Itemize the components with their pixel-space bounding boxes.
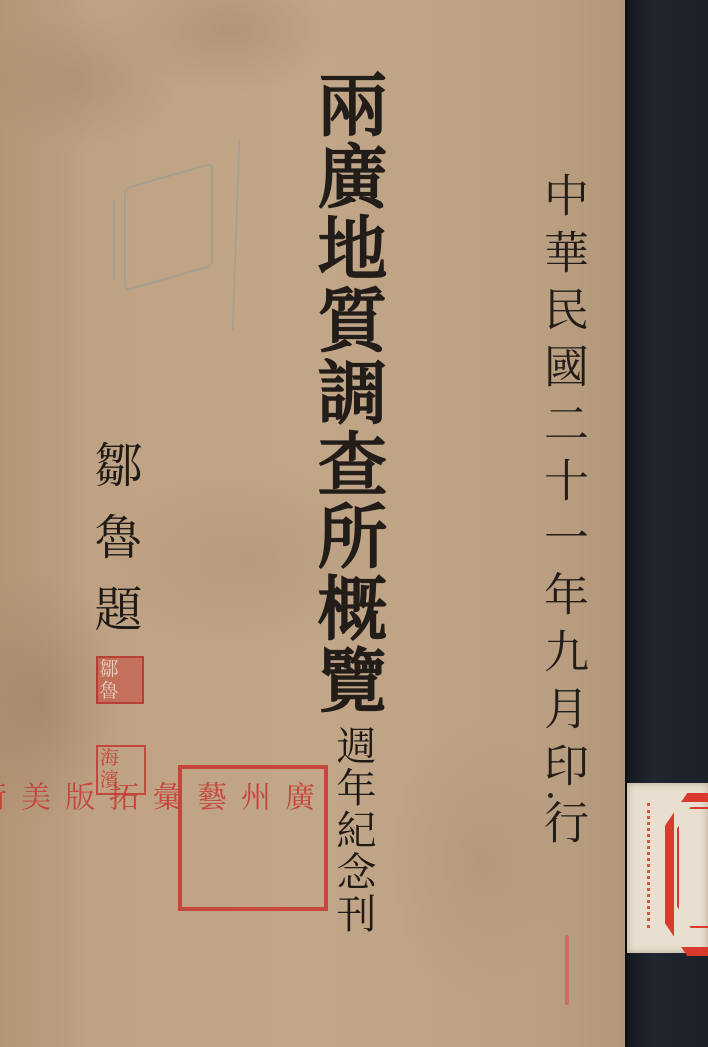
seal-text: 廣州藝彙拓版美術印刷公司 bbox=[0, 775, 318, 817]
book-subtitle: 週年紀念刊 bbox=[333, 725, 373, 935]
seal-text: 鄒魯 bbox=[98, 658, 120, 702]
pencil-mark bbox=[113, 200, 115, 280]
pencil-mark bbox=[124, 162, 213, 292]
publication-date: 中華民國二十一年九月印行 bbox=[540, 172, 585, 856]
library-spine-label bbox=[627, 783, 708, 953]
red-ink-mark bbox=[565, 935, 569, 1005]
book-title: 兩廣地質調查所概覽 bbox=[312, 68, 382, 716]
book-cover: 兩廣地質調查所概覽 週年紀念刊 中華民國二十一年九月印行 鄒魯題 鄒魯 海濱 廣… bbox=[0, 0, 625, 1047]
calligrapher-inscription: 鄒魯題 bbox=[90, 440, 138, 656]
seal-stamp-printer: 廣州藝彙拓版美術印刷公司 bbox=[178, 765, 328, 911]
label-ornament bbox=[647, 803, 666, 928]
label-frame-inner bbox=[677, 807, 708, 928]
ink-spot bbox=[548, 793, 553, 798]
pencil-mark bbox=[232, 140, 241, 330]
seal-stamp-name: 鄒魯 bbox=[96, 656, 144, 704]
